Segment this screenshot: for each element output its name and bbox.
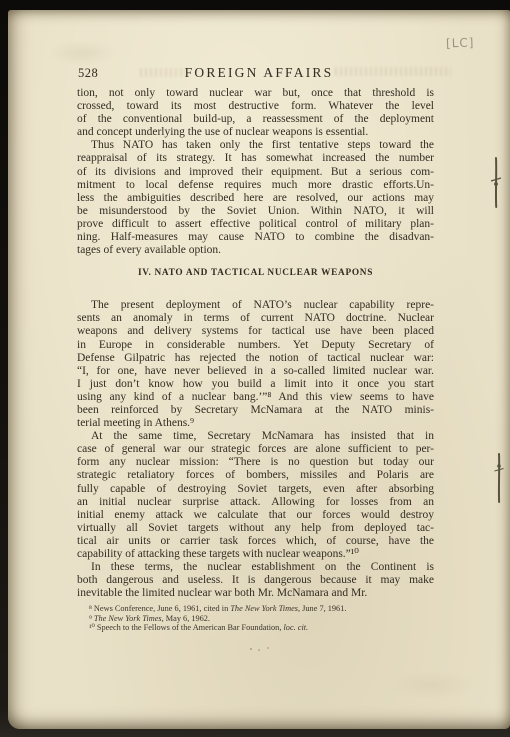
text-line: both dangerous and useless. It is danger… xyxy=(77,574,434,587)
ink-bleedthrough-smudge xyxy=(140,68,186,77)
footnote-text-italic: loc. cit. xyxy=(283,623,308,632)
paragraph: Thus NATO has taken only the first tenta… xyxy=(77,139,434,257)
text-line: of its divisions and improved their equi… xyxy=(77,166,434,179)
text-line: virtually all Soviet targets without any… xyxy=(77,522,434,535)
text-line: initial enemy attack we calculate that o… xyxy=(77,509,434,522)
text-line: and concept underlying the use of nuclea… xyxy=(77,126,434,139)
text-line: of the conventional build-up, a reassess… xyxy=(77,113,434,126)
footnote: ⁹The New York Times, May 6, 1962. xyxy=(77,614,434,624)
text-line: case of general war our strategic forces… xyxy=(77,443,434,456)
text-line: I just don’t know how you build a limit … xyxy=(77,378,434,391)
text-line: weapons and delivery systems for tactica… xyxy=(77,325,434,338)
text-line: reappraisal of its strategy. It has some… xyxy=(77,152,434,165)
paragraph: At the same time, Secretary McNamara has… xyxy=(77,430,434,561)
footnote-text-italic: The New York Times xyxy=(230,604,298,613)
footnote-text: News Conference, June 6, 1961, cited in xyxy=(94,604,230,613)
text-line: strategic retaliatory forces of bombers,… xyxy=(77,469,434,482)
paragraph: tion, not only toward nuclear war but, o… xyxy=(77,87,434,139)
text-line: form any nuclear mission: “There is no q… xyxy=(77,456,434,469)
paper-stain xyxy=(48,40,118,66)
margin-pen-mark xyxy=(493,453,505,505)
scanned-page-photo: [LC] 528 FOREIGN AFFAIRS tion, not only … xyxy=(0,0,510,737)
section-heading: IV. NATO AND TACTICAL NUCLEAR WEAPONS xyxy=(77,268,434,279)
text-line: terial meeting in Athens.⁹ xyxy=(77,417,434,430)
footnote: ⁸News Conference, June 6, 1961, cited in… xyxy=(77,604,434,614)
footnote-text: , June 7, 1961. xyxy=(298,604,346,613)
text-line: crossed, toward its most destructive for… xyxy=(77,100,434,113)
body-text-lower: The present deployment of NATO’s nuclear… xyxy=(77,299,434,600)
text-line: mitment to local defense requires much m… xyxy=(77,179,434,192)
text-line: in Europe in considerable numbers. Yet D… xyxy=(77,339,434,352)
text-line: tages of every available option. xyxy=(77,244,434,257)
text-line: Thus NATO has taken only the first tenta… xyxy=(77,139,434,152)
text-line: capability of attacking these targets wi… xyxy=(77,548,434,561)
text-line: an initial nuclear surprise attack. Allo… xyxy=(77,496,434,509)
paper-specks xyxy=(250,648,252,650)
text-line: been reinforced by Secretary McNamara at… xyxy=(77,404,434,417)
footnote-marker: ¹⁰ xyxy=(89,623,95,632)
margin-pen-mark xyxy=(490,156,502,210)
book-page: [LC] 528 FOREIGN AFFAIRS tion, not only … xyxy=(8,10,510,729)
body-text-column: tion, not only toward nuclear war but, o… xyxy=(77,87,434,600)
text-line: The present deployment of NATO’s nuclear… xyxy=(77,299,434,312)
text-line: tion, not only toward nuclear war but, o… xyxy=(77,87,434,100)
footnote-marker: ⁹ xyxy=(89,614,92,623)
body-text-upper: tion, not only toward nuclear war but, o… xyxy=(77,87,434,257)
text-line: “I, for one, have never believed in a so… xyxy=(77,365,434,378)
text-line: prove difficult to assert effective poli… xyxy=(77,218,434,231)
paragraph: In these terms, the nuclear establishmen… xyxy=(77,561,434,600)
footnote-text-italic: The New York Times xyxy=(94,614,162,623)
text-line: using any kind of a nuclear bang.’”⁸ And… xyxy=(77,391,434,404)
text-line: At the same time, Secretary McNamara has… xyxy=(77,430,434,443)
paper-stain xyxy=(388,670,478,700)
text-line: be misunderstood by the Soviet Union. Wi… xyxy=(77,205,434,218)
text-line: ning. Half-measures may cause NATO to co… xyxy=(77,231,434,244)
footnote-text: Speech to the Fellows of the American Ba… xyxy=(97,623,284,632)
footnote-marker: ⁸ xyxy=(89,604,92,613)
text-line: inevitable the limited nuclear war both … xyxy=(77,587,434,600)
text-line: In these terms, the nuclear establishmen… xyxy=(77,561,434,574)
text-line: Defense Gilpatric has rejected the notio… xyxy=(77,352,434,365)
footnotes-block: ⁸News Conference, June 6, 1961, cited in… xyxy=(77,604,434,633)
text-line: sents an anomaly in terms of current NAT… xyxy=(77,312,434,325)
text-line: tical air units or carrier task forces w… xyxy=(77,535,434,548)
paragraph: The present deployment of NATO’s nuclear… xyxy=(77,299,434,430)
footnote: ¹⁰Speech to the Fellows of the American … xyxy=(77,623,434,633)
text-line: fully capable of destroying Soviet targe… xyxy=(77,483,434,496)
corner-pencil-mark: [LC] xyxy=(446,36,475,51)
text-line: less the ambiguities described here are … xyxy=(77,192,434,205)
footnote-text: , May 6, 1962. xyxy=(162,614,210,623)
ink-bleedthrough-smudge xyxy=(335,67,451,76)
